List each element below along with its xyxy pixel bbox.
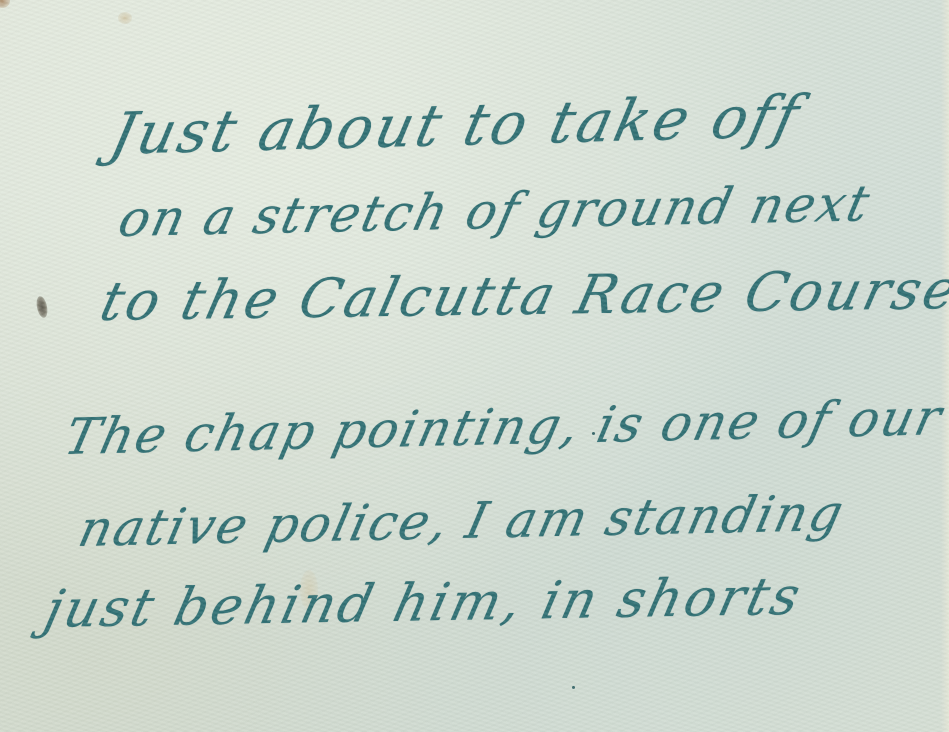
handwritten-line: on a stretch of ground next: [113, 174, 876, 248]
handwritten-line: Just about to take off: [104, 82, 808, 168]
ink-blot-mark: [35, 295, 49, 319]
handwritten-line: to the Calcutta Race Course.: [95, 258, 949, 333]
corner-stain: [0, 0, 10, 8]
handwritten-line: just behind him, in shorts: [39, 567, 808, 640]
card-edge: [941, 0, 949, 732]
handwritten-line: native police, I am standing: [73, 484, 850, 558]
age-stain: [118, 12, 132, 24]
handwritten-line: The chap pointing, is one of our: [59, 388, 948, 466]
handwritten-card: Just about to take off on a stretch of g…: [0, 0, 949, 732]
ink-speck: [572, 686, 575, 689]
